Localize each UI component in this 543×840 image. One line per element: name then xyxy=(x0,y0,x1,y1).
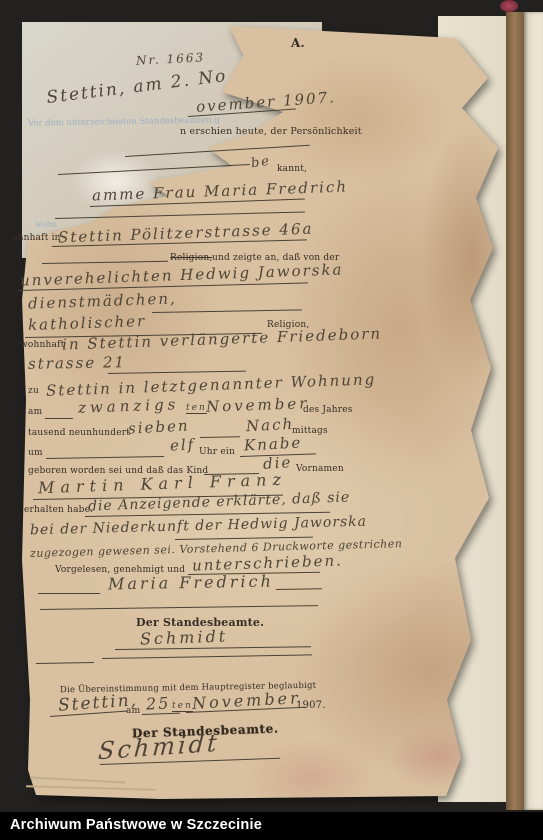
printed-vornamen: Vornamen xyxy=(296,464,344,474)
birth-place: Stettin in letztgenannter Wohnung xyxy=(46,370,377,400)
printed-kannt: kannt, xyxy=(277,164,307,174)
rule-line xyxy=(125,145,310,157)
birth-month: November xyxy=(206,394,310,416)
birth-day: zwanzigs xyxy=(78,395,180,417)
printed-zu: zu xyxy=(28,386,39,396)
rule-line xyxy=(42,261,168,264)
certification-year: 1907. xyxy=(296,700,326,711)
rule-line xyxy=(152,309,302,313)
document-content: A. ovember 1907. n erschien heute, der P… xyxy=(0,0,543,840)
rule-line xyxy=(108,371,246,374)
mother-occupation: dienstmädchen, xyxy=(28,289,177,312)
printed-cert-am: am xyxy=(126,706,140,716)
printed-wohnhaft2: wohnhaft xyxy=(20,340,64,350)
registrar-signature: Schmidt xyxy=(140,626,229,648)
rule-line xyxy=(36,662,94,664)
certification-day: 25 xyxy=(146,693,171,713)
rule-line xyxy=(102,654,312,659)
written-nach: Nach xyxy=(246,415,295,435)
printed-religion-struck: Religion, xyxy=(170,253,212,263)
printed-tausend: tausend neunhundert xyxy=(28,428,130,438)
declarant-name: amme Frau Maria Fredrich xyxy=(92,178,349,205)
scan-viewport: Nr. 1663 Stettin, am 2. No Vor dem unter… xyxy=(0,0,543,840)
birth-hour: elf xyxy=(170,435,196,454)
rule-line xyxy=(38,593,100,594)
mother-address-2: strasse 21 xyxy=(28,353,126,373)
written-be: be xyxy=(250,154,272,172)
rule-line xyxy=(40,605,318,610)
printed-des-jahres: des Jahres xyxy=(303,405,353,415)
printed-um: um xyxy=(28,448,43,458)
printed-intro: n erschien heute, der Persönlichkeit xyxy=(180,126,362,137)
entry-date-top: ovember 1907. xyxy=(196,88,337,116)
watermark-bar: Archiwum Państwowe w Szczecinie xyxy=(0,812,543,840)
birth-year-word: sieben xyxy=(128,416,190,437)
rule-line xyxy=(58,164,250,175)
rule-line xyxy=(200,436,240,438)
remark-line-2: bei der Niederkunft der Hedwig Jaworska xyxy=(30,514,367,539)
birth-day-suffix: ten xyxy=(186,403,207,414)
rule-line xyxy=(55,211,305,219)
declarant-signature: Maria Fredrich xyxy=(108,572,274,594)
rule-line xyxy=(46,456,164,459)
rule-line xyxy=(276,588,322,590)
printed-erhalten-habe: erhalten habe. xyxy=(24,505,93,515)
rule-line xyxy=(45,418,73,419)
form-letter-heading: A. xyxy=(291,36,305,50)
printed-wohnhaft-in: ohnhaft in xyxy=(12,233,61,243)
rule-line xyxy=(142,713,180,715)
child-sex: Knabe xyxy=(244,433,303,454)
mother-religion: katholischer xyxy=(28,312,147,334)
certification-day-suffix: ten xyxy=(172,701,193,712)
archive-watermark: Archiwum Państwowe w Szczecinie xyxy=(10,817,262,833)
printed-am: am xyxy=(28,407,42,417)
printed-uhr-ein: Uhr ein xyxy=(199,447,235,457)
